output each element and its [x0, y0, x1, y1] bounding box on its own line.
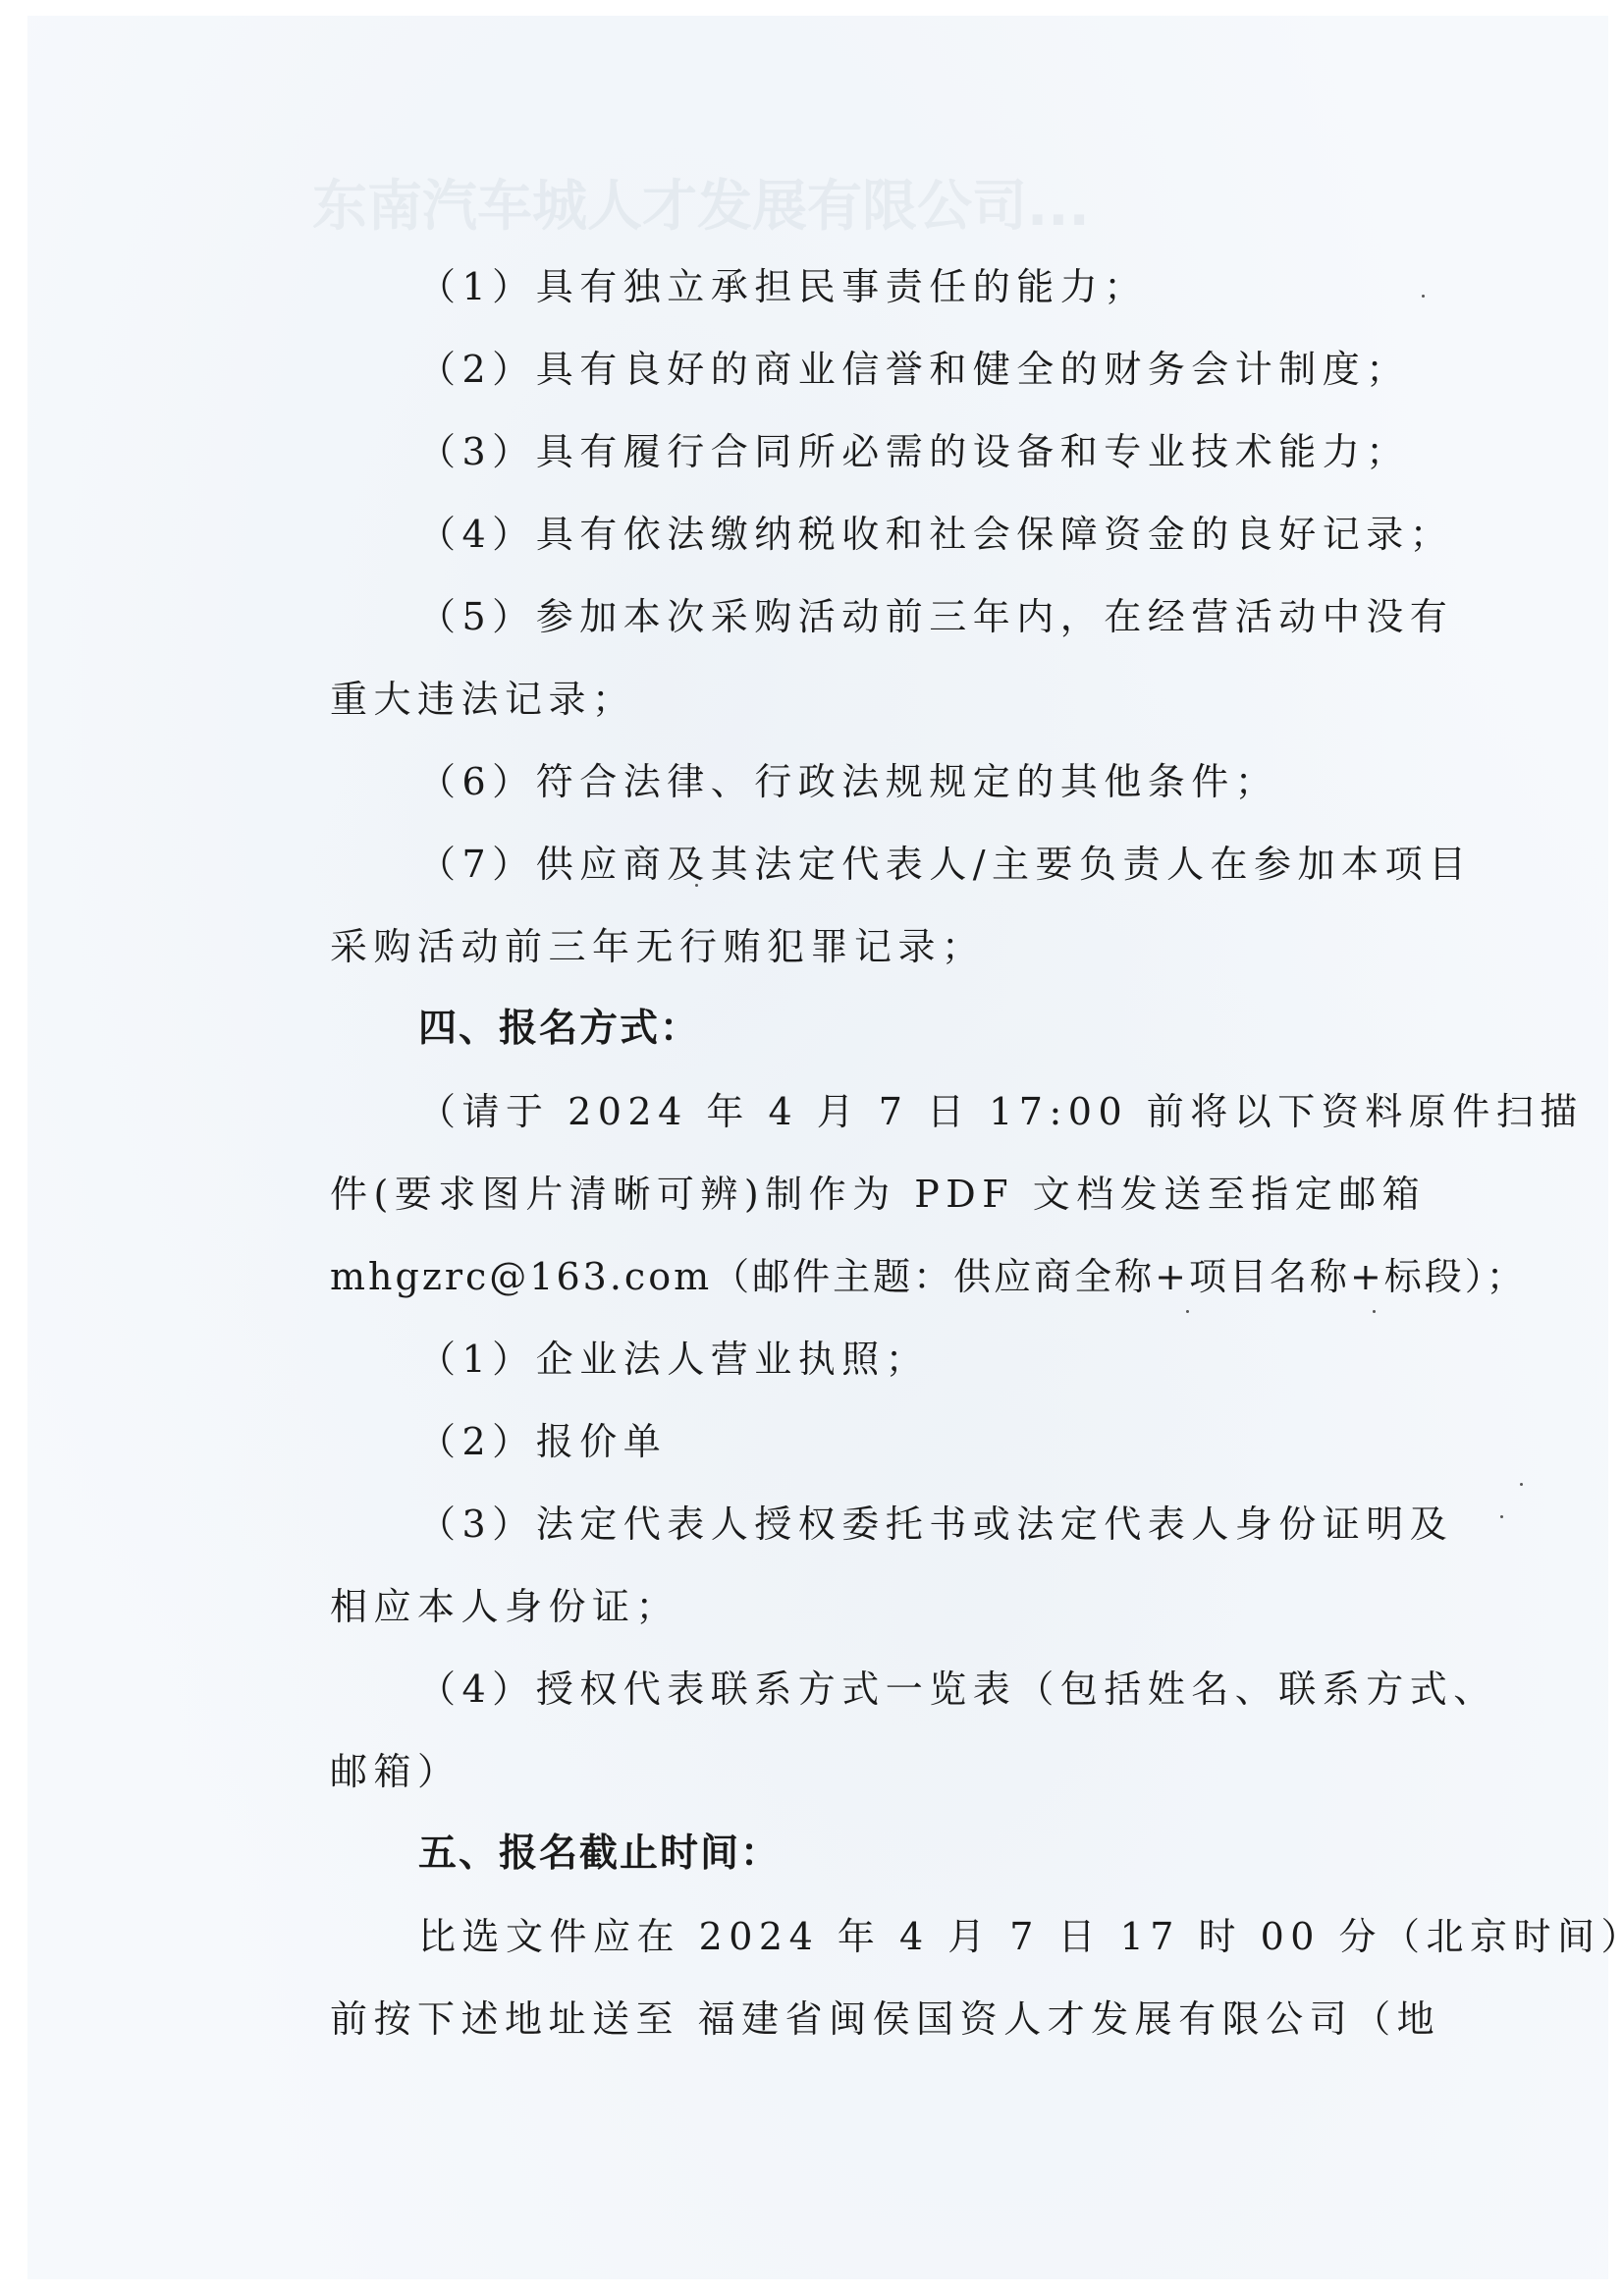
- item-marker: （4）: [418, 1667, 536, 1711]
- scan-speck: [1373, 1310, 1376, 1313]
- section-5-heading: 五、报名截止时间：: [330, 1813, 1414, 1895]
- section-4-item-4-continuation: 邮箱）: [330, 1730, 1414, 1813]
- item-text: 报价单: [536, 1420, 668, 1463]
- section-4-item-1: （1）企业法人营业执照；: [330, 1318, 1414, 1400]
- section-4-instruction-line-1: （请于 2024 年 4 月 7 日 17:00 前将以下资料原件扫描: [330, 1070, 1414, 1153]
- scan-speck: [1422, 295, 1425, 298]
- qualification-item-4: （4）具有依法缴纳税收和社会保障资金的良好记录；: [330, 493, 1414, 575]
- item-text: 邮箱）: [330, 1750, 461, 1793]
- scan-speck: [1127, 1512, 1130, 1515]
- item-marker: （1）: [418, 265, 536, 308]
- item-marker: （4）: [418, 513, 536, 556]
- section-4-item-2: （2）报价单: [330, 1400, 1414, 1483]
- qualification-item-5-continuation: 重大违法记录；: [330, 658, 1414, 740]
- section-4-item-4: （4）授权代表联系方式一览表（包括姓名、联系方式、: [330, 1648, 1414, 1730]
- qualification-item-2: （2）具有良好的商业信誉和健全的财务会计制度；: [330, 328, 1414, 410]
- item-text: 法定代表人授权委托书或法定代表人身份证明及: [536, 1503, 1454, 1546]
- item-text: 重大违法记录；: [330, 678, 636, 721]
- qualification-item-6: （6）符合法律、行政法规规定的其他条件；: [330, 740, 1414, 823]
- item-text: 企业法人营业执照；: [536, 1338, 930, 1381]
- section-4-instruction-line-3: mhgzrc@163.com（邮件主题：供应商全称+项目名称+标段）；: [330, 1235, 1414, 1318]
- section-4-heading: 四、报名方式：: [330, 988, 1414, 1070]
- item-marker: （1）: [418, 1338, 536, 1381]
- item-marker: （3）: [418, 1503, 536, 1546]
- item-text: 授权代表联系方式一览表（包括姓名、联系方式、: [536, 1667, 1497, 1711]
- item-text: 符合法律、行政法规规定的其他条件；: [536, 760, 1279, 803]
- item-text: 供应商及其法定代表人/主要负责人在参加本项目: [536, 843, 1473, 886]
- qualification-item-7: （7）供应商及其法定代表人/主要负责人在参加本项目: [330, 823, 1414, 905]
- item-text: 具有依法缴纳税收和社会保障资金的良好记录；: [536, 513, 1454, 556]
- qualification-item-3: （3）具有履行合同所必需的设备和专业技术能力；: [330, 410, 1414, 493]
- qualification-item-1: （1）具有独立承担民事责任的能力；: [330, 246, 1414, 328]
- qualification-item-5: （5）参加本次采购活动前三年内，在经营活动中没有: [330, 575, 1414, 658]
- item-text: 参加本次采购活动前三年内，在经营活动中没有: [536, 595, 1454, 638]
- item-marker: （2）: [418, 348, 536, 391]
- scan-speck: [1500, 1515, 1503, 1518]
- item-marker: （7）: [418, 843, 536, 886]
- section-4-instruction-line-2: 件(要求图片清晰可辨)制作为 PDF 文档发送至指定邮箱: [330, 1153, 1414, 1235]
- document-body: （1）具有独立承担民事责任的能力； （2）具有良好的商业信誉和健全的财务会计制度…: [330, 246, 1414, 2060]
- item-text: 具有良好的商业信誉和健全的财务会计制度；: [536, 348, 1410, 391]
- section-4-item-3: （3）法定代表人授权委托书或法定代表人身份证明及: [330, 1483, 1414, 1565]
- item-marker: （2）: [418, 1420, 536, 1463]
- scan-speck: [695, 884, 698, 887]
- item-marker: （6）: [418, 760, 536, 803]
- item-marker: （3）: [418, 430, 536, 473]
- item-text: 具有履行合同所必需的设备和专业技术能力；: [536, 430, 1410, 473]
- item-text: 具有独立承担民事责任的能力；: [536, 265, 1148, 308]
- scan-speck: [1186, 1310, 1189, 1313]
- qualification-item-7-continuation: 采购活动前三年无行贿犯罪记录；: [330, 905, 1414, 988]
- bleedthrough-title: 东南汽车城人才发展有限公司...: [312, 163, 1090, 242]
- scanned-page: 东南汽车城人才发展有限公司... （1）具有独立承担民事责任的能力； （2）具有…: [27, 16, 1608, 2279]
- item-text: 采购活动前三年无行贿犯罪记录；: [330, 925, 986, 968]
- section-5-body-line-1: 比选文件应在 2024 年 4 月 7 日 17 时 00 分（北京时间）: [330, 1895, 1414, 1978]
- section-5-body-line-2: 前按下述地址送至 福建省闽侯国资人才发展有限公司（地: [330, 1978, 1414, 2060]
- item-marker: （5）: [418, 595, 536, 638]
- scan-speck: [1520, 1483, 1523, 1486]
- item-text: 相应本人身份证；: [330, 1585, 679, 1628]
- section-4-item-3-continuation: 相应本人身份证；: [330, 1565, 1414, 1648]
